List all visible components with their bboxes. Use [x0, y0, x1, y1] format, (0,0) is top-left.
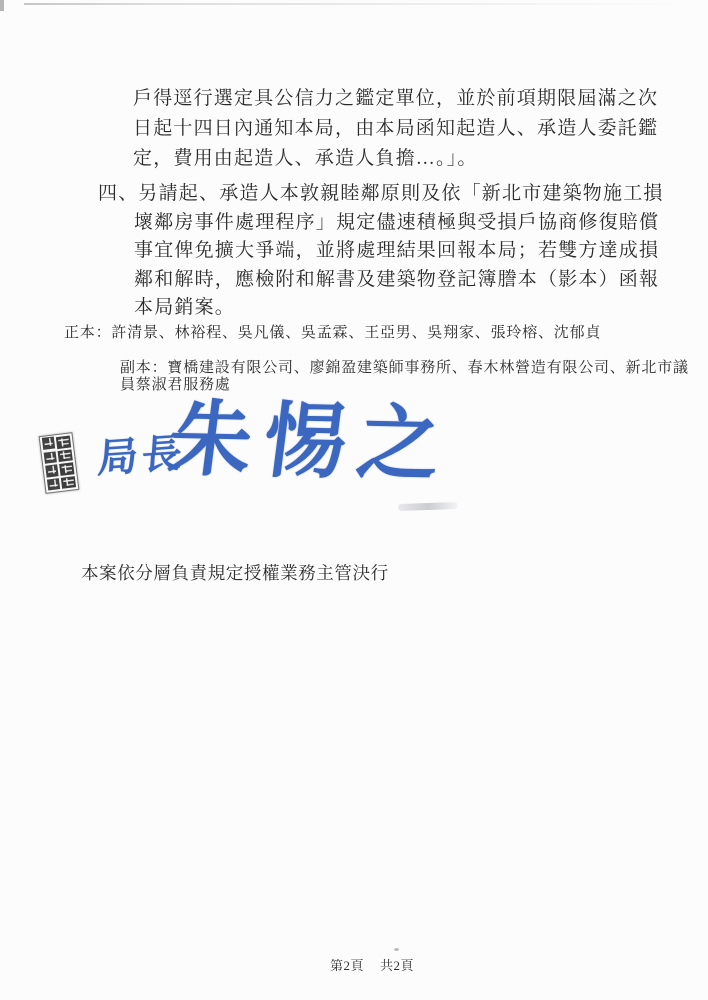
seal-glyph-cell: [44, 451, 58, 464]
seal-glyph-cell: [58, 449, 73, 462]
original-recipients-line: 正本：許清景、林裕程、吳凡儀、吳孟霖、王亞男、吳翔家、張玲榕、沈郁貞: [64, 325, 664, 343]
page-footer: 第2頁共2頁: [330, 955, 414, 974]
seal-glyph-cell: [61, 476, 76, 489]
delegation-note: 本案依分層負責規定授權業務主管決行: [81, 560, 389, 585]
scan-artifact-corner-mark: [0, 0, 4, 11]
seal-glyph-cell: [47, 478, 61, 491]
body-paragraph-continuation: 戶得逕行選定具公信力之鑑定單位，並於前項期限屆滿之次 日起十四日內通知本局，由本…: [133, 84, 673, 174]
copy-recipients-line: 副本：寶橋建設有限公司、廖錦盈建築師事務所、春木林營造有限公司、新北市議 員蔡淑…: [64, 342, 708, 395]
original-recipients-names: 許清景、林裕程、吳凡儀、吳孟霖、王亞男、吳翔家、張玲榕、沈郁貞: [111, 325, 601, 341]
scanned-letter-page: 戶得逕行選定具公信力之鑑定單位，並於前項期限屆滿之次 日起十四日內通知本局，由本…: [0, 0, 708, 1000]
copy-recipients-label: 副本：: [120, 360, 167, 376]
seal-glyph-cell: [42, 436, 56, 449]
footer-page-number: 第2頁: [330, 958, 364, 973]
signature-name-handwritten: 朱惕之: [164, 391, 458, 495]
seal-glyph-cell: [59, 462, 74, 475]
official-seal-stamp-icon: [39, 432, 80, 494]
seal-glyph-cell: [56, 435, 71, 448]
footer-total-pages: 共2頁: [380, 958, 414, 973]
body-paragraph-item4: 四、另請起、承造人本敦親睦鄰原則及依「新北市建築物施工損 壞鄰房事件處理程序」規…: [98, 180, 708, 323]
scan-artifact-dot: [394, 948, 399, 951]
scan-artifact-smudge: [398, 502, 458, 511]
seal-glyph-cell: [45, 464, 59, 477]
copy-recipients-names: 寶橋建設有限公司、廖錦盈建築師事務所、春木林營造有限公司、新北市議 員蔡淑君服務…: [120, 360, 689, 394]
scan-artifact-top-line: [24, 3, 680, 5]
original-recipients-label: 正本：: [64, 325, 111, 341]
